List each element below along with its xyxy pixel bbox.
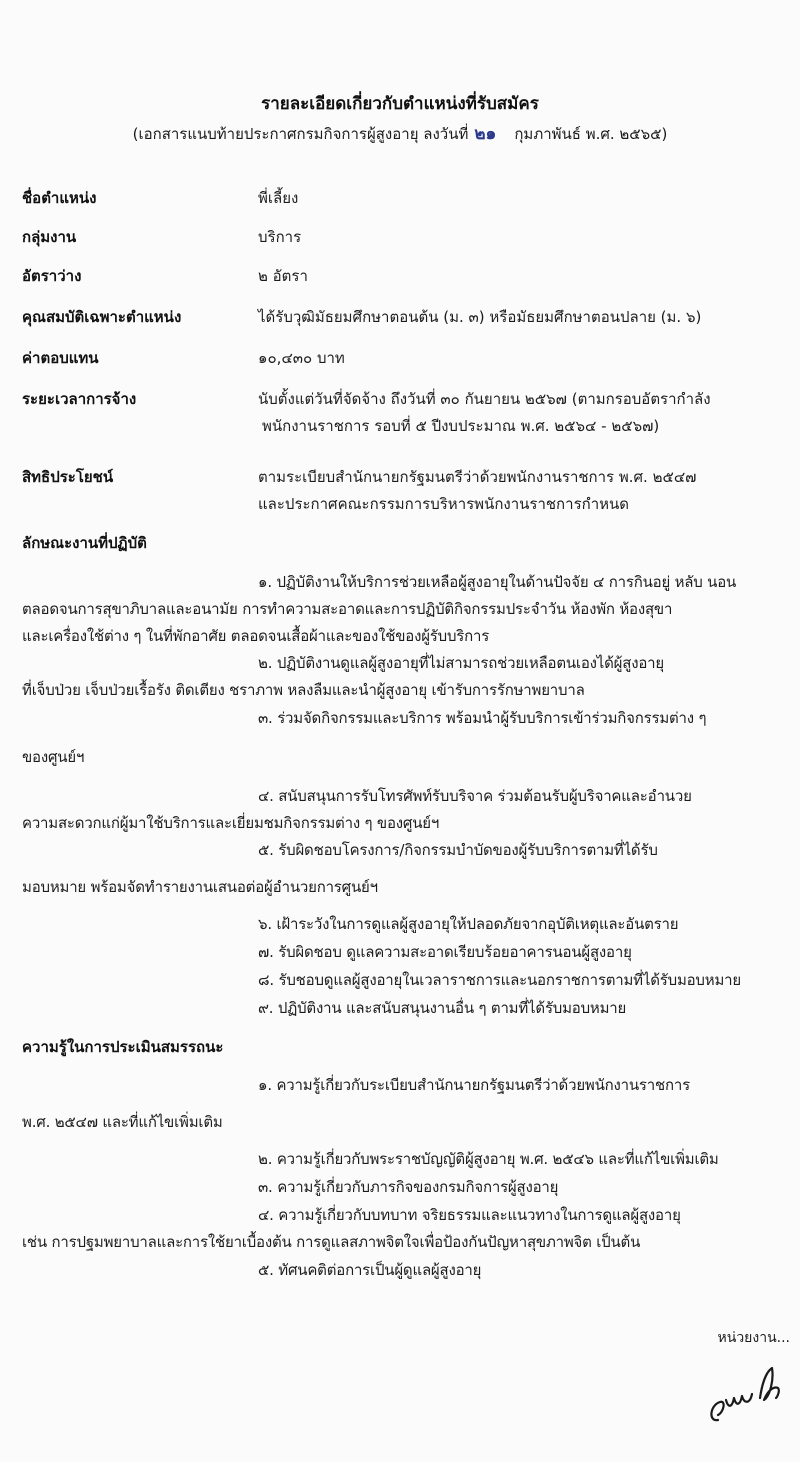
duty-item-4: ๔. สนับสนุนการรับโทรศัพท์รับบริจาค ร่วมต… — [258, 784, 692, 808]
duty-item-6: ๖. เฝ้าระวังในการดูแลผู้สูงอายุให้ปลอดภั… — [258, 912, 678, 936]
document-title: รายละเอียดเกี่ยวกับตำแหน่งที่รับสมัคร — [0, 90, 800, 117]
competency-item-4: ๔. ความรู้เกี่ยวกับบทบาท จริยธรรมและแนวท… — [258, 1203, 681, 1227]
field-label-position: ชื่อตำแหน่ง — [22, 186, 97, 210]
competency-heading: ความรู้ในการประเมินสมรรถนะ — [22, 1035, 223, 1059]
document-page: รายละเอียดเกี่ยวกับตำแหน่งที่รับสมัคร (เ… — [0, 0, 800, 1462]
duty-item-2-cont: ที่เจ็บป่วย เจ็บป่วยเรื้อรัง ติดเตียง ชร… — [22, 678, 585, 702]
field-value-benefits-line2: และประกาศคณะกรรมการบริหารพนักงานราชการกำ… — [258, 492, 629, 516]
duty-item-4-cont: ความสะดวกแก่ผู้มาใช้บริการและเยี่ยมชมกิจ… — [22, 811, 439, 835]
field-value-group: บริการ — [258, 225, 301, 249]
field-value-employment-period-line2: พนักงานราชการ รอบที่ ๕ ปีงบประมาณ พ.ศ. ๒… — [262, 414, 659, 438]
field-value-employment-period-line1: นับตั้งแต่วันที่จัดจ้าง ถึงวันที่ ๓๐ กัน… — [258, 387, 711, 411]
competency-item-1: ๑. ความรู้เกี่ยวกับระเบียบสำนักนายกรัฐมน… — [258, 1073, 690, 1097]
duty-item-8: ๘. รับชอบดูแลผู้สูงอายุในเวลาราชการและนอ… — [258, 968, 741, 992]
field-value-qualifications: ได้รับวุฒิมัธยมศึกษาตอนต้น (ม. ๓) หรือมั… — [258, 305, 701, 329]
field-value-benefits-line1: ตามระเบียบสำนักนายกรัฐมนตรีว่าด้วยพนักงา… — [258, 465, 696, 489]
field-value-vacancies: ๒ อัตรา — [258, 264, 308, 288]
handwritten-day: ๒๑ — [468, 124, 514, 144]
field-label-qualifications: คุณสมบัติเฉพาะตำแหน่ง — [22, 305, 181, 329]
subtitle-prefix: (เอกสารแนบท้ายประกาศกรมกิจการผู้สูงอายุ … — [133, 125, 469, 143]
competency-item-1-cont: พ.ศ. ๒๕๔๗ และที่แก้ไขเพิ่มเติม — [22, 1110, 223, 1134]
field-label-group: กลุ่มงาน — [22, 225, 76, 249]
field-label-compensation: ค่าตอบแทน — [22, 346, 99, 370]
duty-item-1-cont: และเครื่องใช้ต่าง ๆ ในที่พักอาศัย ตลอดจน… — [22, 624, 489, 648]
duty-item-9: ๙. ปฏิบัติงาน และสนับสนุนงานอื่น ๆ ตามที… — [258, 996, 626, 1020]
duty-item-7: ๗. รับผิดชอบ ดูแลความสะอาดเรียบร้อยอาคาร… — [258, 940, 632, 964]
competency-item-2: ๒. ความรู้เกี่ยวกับพระราชบัญญัติผู้สูงอา… — [258, 1147, 719, 1171]
document-subtitle: (เอกสารแนบท้ายประกาศกรมกิจการผู้สูงอายุ … — [0, 120, 800, 147]
duty-item-5-cont: มอบหมาย พร้อมจัดทำรายงานเสนอต่อผู้อำนวยก… — [22, 875, 378, 899]
competency-item-3: ๓. ความรู้เกี่ยวกับภารกิจของกรมกิจการผู้… — [258, 1175, 558, 1199]
competency-item-4-cont: เช่น การปฐมพยาบาลและการใช้ยาเบื้องต้น กา… — [22, 1230, 640, 1254]
duties-heading: ลักษณะงานที่ปฏิบัติ — [22, 531, 147, 555]
subtitle-suffix: กุมภาพันธ์ พ.ศ. ๒๕๖๕) — [514, 125, 667, 143]
field-label-employment-period: ระยะเวลาการจ้าง — [22, 387, 136, 411]
field-label-vacancies: อัตราว่าง — [22, 264, 81, 288]
field-value-position: พี่เลี้ยง — [258, 186, 298, 210]
duty-item-1: ๑. ปฏิบัติงานให้บริการช่วยเหลือผู้สูงอาย… — [258, 570, 736, 594]
field-value-compensation: ๑๐,๔๓๐ บาท — [258, 346, 345, 370]
continuation-note: หน่วยงาน... — [718, 1327, 790, 1349]
duty-item-3: ๓. ร่วมจัดกิจกรรมและบริการ พร้อมนำผู้รับ… — [258, 706, 706, 730]
field-label-benefits: สิทธิประโยชน์ — [22, 465, 113, 489]
duty-item-5: ๕. รับผิดชอบโครงการ/กิจกรรมบำบัดของผู้รั… — [258, 838, 658, 862]
duty-item-2: ๒. ปฏิบัติงานดูแลผู้สูงอายุที่ไม่สามารถช… — [258, 651, 664, 675]
duty-item-1-cont: ตลอดจนการสุขาภิบาลและอนามัย การทำความสะอ… — [22, 597, 672, 621]
handwritten-signature-icon — [698, 1360, 798, 1430]
competency-item-5: ๕. ทัศนคติต่อการเป็นผู้ดูแลผู้สูงอายุ — [258, 1258, 481, 1282]
duty-item-3-cont: ของศูนย์ฯ — [22, 745, 84, 769]
